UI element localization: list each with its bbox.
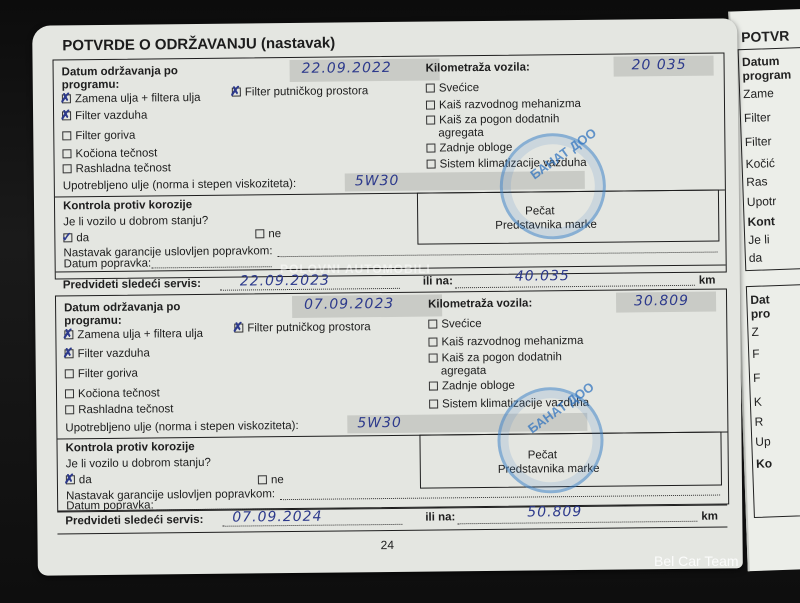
next-service-km: 40.035 xyxy=(515,268,570,285)
check-item[interactable]: Filter vazduha xyxy=(65,347,150,360)
date-label: Datum održavanja po xyxy=(64,301,180,314)
right-text: F xyxy=(753,371,761,385)
right-text: pro xyxy=(751,306,771,321)
check-item[interactable]: Filter putničkog prostora xyxy=(234,321,370,334)
oil-value: 5W30 xyxy=(357,415,402,431)
date-label: Datum održavanja po xyxy=(62,65,178,78)
right-page-title: POTVR xyxy=(741,27,790,45)
divider xyxy=(57,526,727,534)
km-label: Kilometraža vozila: xyxy=(428,297,532,310)
right-text: Upotr xyxy=(747,194,777,209)
checkmark-icon: ✗ xyxy=(62,326,73,342)
next-service-date: 07.09.2024 xyxy=(232,509,322,526)
service-entry-2: 07.09.2023 Datum održavanja po programu:… xyxy=(55,288,729,511)
right-text: Datum xyxy=(742,54,780,69)
check-item[interactable]: Kaiš za pogon dodatnih xyxy=(429,351,562,364)
dotted-line xyxy=(457,521,697,525)
check-item[interactable]: Filter putničkog prostora xyxy=(232,85,368,98)
check-item[interactable]: Filter vazduha xyxy=(62,110,147,123)
condition-question: Je li vozilo u dobrom stanju? xyxy=(63,215,208,229)
right-text: Up xyxy=(755,434,771,449)
condition-question: Je li vozilo u dobrom stanju? xyxy=(66,457,211,471)
check-item[interactable]: Zamena ulja + filtera ulja xyxy=(64,328,203,341)
no-option[interactable]: ne xyxy=(255,228,281,240)
no-option[interactable]: ne xyxy=(258,474,284,486)
check-item[interactable]: Rashladna tečnost xyxy=(63,162,171,175)
check-item[interactable]: Svećice xyxy=(428,318,481,331)
right-text: program xyxy=(742,67,791,83)
mileage: 20 035 xyxy=(632,57,687,74)
dotted-line xyxy=(455,285,695,289)
page-title: POTVRDE O ODRŽAVANJU (nastavak) xyxy=(62,35,335,55)
right-text: Filter xyxy=(745,134,772,149)
checkmark-icon: ✗ xyxy=(232,320,243,336)
checkmark-icon: ✓ xyxy=(61,229,72,245)
oil-label: Upotrebljeno ulje (norma i stepen viskoz… xyxy=(65,420,298,434)
right-text: Ras xyxy=(746,174,768,189)
ghost-watermark: POLOVNI AUTOMOBILI xyxy=(280,262,431,276)
corrosion-title: Kontrola protiv korozije xyxy=(63,199,192,212)
service-booklet-page: POTVRDE O ODRŽAVANJU (nastavak) 22.09.20… xyxy=(32,18,743,575)
checkmark-icon: ✗ xyxy=(64,471,75,487)
km-unit: km xyxy=(699,275,716,287)
oil-label: Upotrebljeno ulje (norma i stepen viskoz… xyxy=(63,178,296,192)
repair-date-label: Datum popravka: xyxy=(64,257,152,270)
dotted-line xyxy=(278,252,718,258)
check-item[interactable]: Kočiona tečnost xyxy=(62,147,157,160)
checkmark-icon: ✗ xyxy=(60,107,71,123)
check-item[interactable]: Svećice xyxy=(426,82,479,95)
right-text: F xyxy=(752,347,760,361)
right-text: Z xyxy=(751,325,759,339)
or-at-label: ili na: xyxy=(425,511,455,523)
service-date: 22.09.2022 xyxy=(302,60,392,77)
right-text: Je li xyxy=(748,232,770,247)
check-item[interactable]: Zadnje obloge xyxy=(426,142,512,155)
right-text: Zame xyxy=(743,86,774,101)
check-item[interactable]: Rashladna tečnost xyxy=(65,403,173,416)
checkmark-icon: ✗ xyxy=(60,90,71,106)
check-item-cont: agregata xyxy=(441,365,487,377)
service-entry-1: 22.09.2022 Datum održavanja po programu:… xyxy=(52,52,726,279)
right-text: da xyxy=(749,251,763,265)
check-item[interactable]: Filter goriva xyxy=(65,368,138,381)
dealer-stamp: БАНАТ ДОО xyxy=(497,387,604,494)
right-text: Kočić xyxy=(745,156,775,171)
checkmark-icon: ✗ xyxy=(62,345,73,361)
right-text: Ko xyxy=(756,456,772,471)
right-text: Dat xyxy=(750,292,770,307)
next-service-km: 50.809 xyxy=(527,504,582,521)
checkmark-icon: ✗ xyxy=(230,84,241,100)
check-item[interactable]: Kaiš razvodnog mehanizma xyxy=(426,98,581,112)
check-item[interactable]: Kaiš za pogon dodatnih xyxy=(426,113,559,126)
dealer-stamp: БАНАТ ДОО xyxy=(499,133,606,240)
check-item[interactable]: Zadnje obloge xyxy=(429,380,515,393)
check-item[interactable]: Zamena ulja + filtera ulja xyxy=(62,92,201,105)
right-text: K xyxy=(754,395,762,409)
page-number: 24 xyxy=(381,538,395,552)
or-at-label: ili na: xyxy=(423,275,453,287)
oil-value: 5W30 xyxy=(355,173,400,189)
check-item-cont: agregata xyxy=(438,127,484,139)
check-item[interactable]: Kaiš razvodnog mehanizma xyxy=(428,335,583,349)
dotted-line xyxy=(280,495,720,501)
corrosion-title: Kontrola protiv korozije xyxy=(66,441,195,454)
km-unit: km xyxy=(701,511,718,523)
check-item[interactable]: Filter goriva xyxy=(62,130,135,143)
next-service-label: Predvideti sledeći servis: xyxy=(63,278,201,291)
service-date: 07.09.2023 xyxy=(304,296,394,313)
next-service-label: Predvideti sledeći servis: xyxy=(65,514,203,527)
dotted-line xyxy=(152,266,272,268)
check-item[interactable]: Kočiona tečnost xyxy=(65,387,160,400)
watermark: Bel Car Team xyxy=(654,553,739,569)
right-text: R xyxy=(754,415,763,429)
mileage: 30.809 xyxy=(634,293,689,310)
km-label: Kilometraža vozila: xyxy=(426,61,530,74)
right-text: Kont xyxy=(747,214,775,229)
right-text: Filter xyxy=(744,110,771,125)
